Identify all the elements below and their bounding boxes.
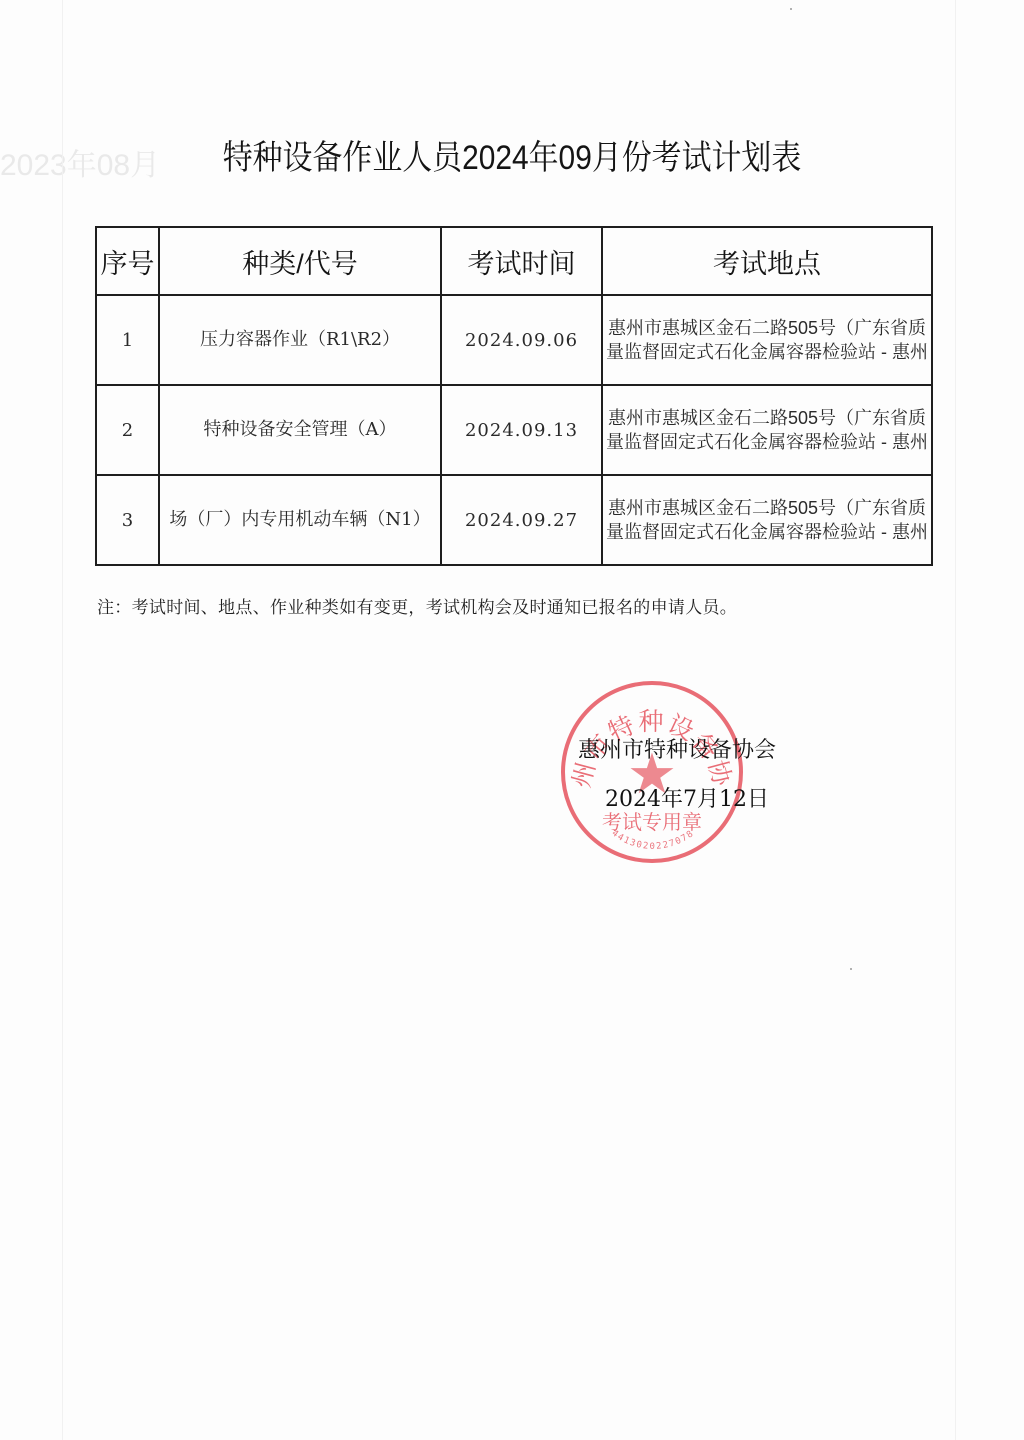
scan-edge-left	[62, 0, 63, 1440]
scan-edge-right	[955, 0, 956, 1440]
table-row: 1 压力容器作业（R1\R2） 2024.09.06 惠州市惠城区金石二路505…	[96, 295, 932, 385]
cell-seq: 1	[96, 295, 159, 385]
header-seq: 序号	[96, 227, 159, 295]
table-row: 2 特种设备安全管理（A） 2024.09.13 惠州市惠城区金石二路505号（…	[96, 385, 932, 475]
scan-speck	[850, 968, 852, 970]
header-date: 考试时间	[441, 227, 602, 295]
table-header-row: 序号 种类/代号 考试时间 考试地点	[96, 227, 932, 295]
official-seal: 惠州市特种设备协会 ★ 考试专用章 4413020227078	[561, 681, 743, 863]
seal-graphic: 惠州市特种设备协会 ★ 考试专用章 4413020227078	[561, 681, 743, 863]
document-page: 2023年08月 特种设备作业人员2024年09月份考试计划表 序号 种类/代号…	[0, 0, 1024, 1440]
page-title: 特种设备作业人员2024年09月份考试计划表	[61, 130, 962, 179]
cell-place: 惠州市惠城区金石二路505号（广东省质量监督固定式石化金属容器检验站 - 惠州	[602, 475, 932, 565]
cell-kind: 场（厂）内专用机动车辆（N1）	[159, 475, 441, 565]
cell-seq: 3	[96, 475, 159, 565]
cell-kind: 特种设备安全管理（A）	[159, 385, 441, 475]
header-kind: 种类/代号	[159, 227, 441, 295]
cell-date: 2024.09.13	[441, 385, 602, 475]
issuing-organization: 惠州市特种设备协会	[578, 733, 776, 764]
cell-kind: 压力容器作业（R1\R2）	[159, 295, 441, 385]
cell-seq: 2	[96, 385, 159, 475]
exam-schedule-table: 序号 种类/代号 考试时间 考试地点 1 压力容器作业（R1\R2） 2024.…	[95, 226, 933, 566]
issue-date: 2024年7月12日	[605, 782, 769, 813]
header-place: 考试地点	[602, 227, 932, 295]
footnote: 注：考试时间、地点、作业种类如有变更，考试机构会及时通知已报名的申请人员。	[97, 593, 737, 618]
table-row: 3 场（厂）内专用机动车辆（N1） 2024.09.27 惠州市惠城区金石二路5…	[96, 475, 932, 565]
cell-place: 惠州市惠城区金石二路505号（广东省质量监督固定式石化金属容器检验站 - 惠州	[602, 295, 932, 385]
cell-date: 2024.09.27	[441, 475, 602, 565]
cell-date: 2024.09.06	[441, 295, 602, 385]
scan-speck	[790, 8, 792, 10]
cell-place: 惠州市惠城区金石二路505号（广东省质量监督固定式石化金属容器检验站 - 惠州	[602, 385, 932, 475]
